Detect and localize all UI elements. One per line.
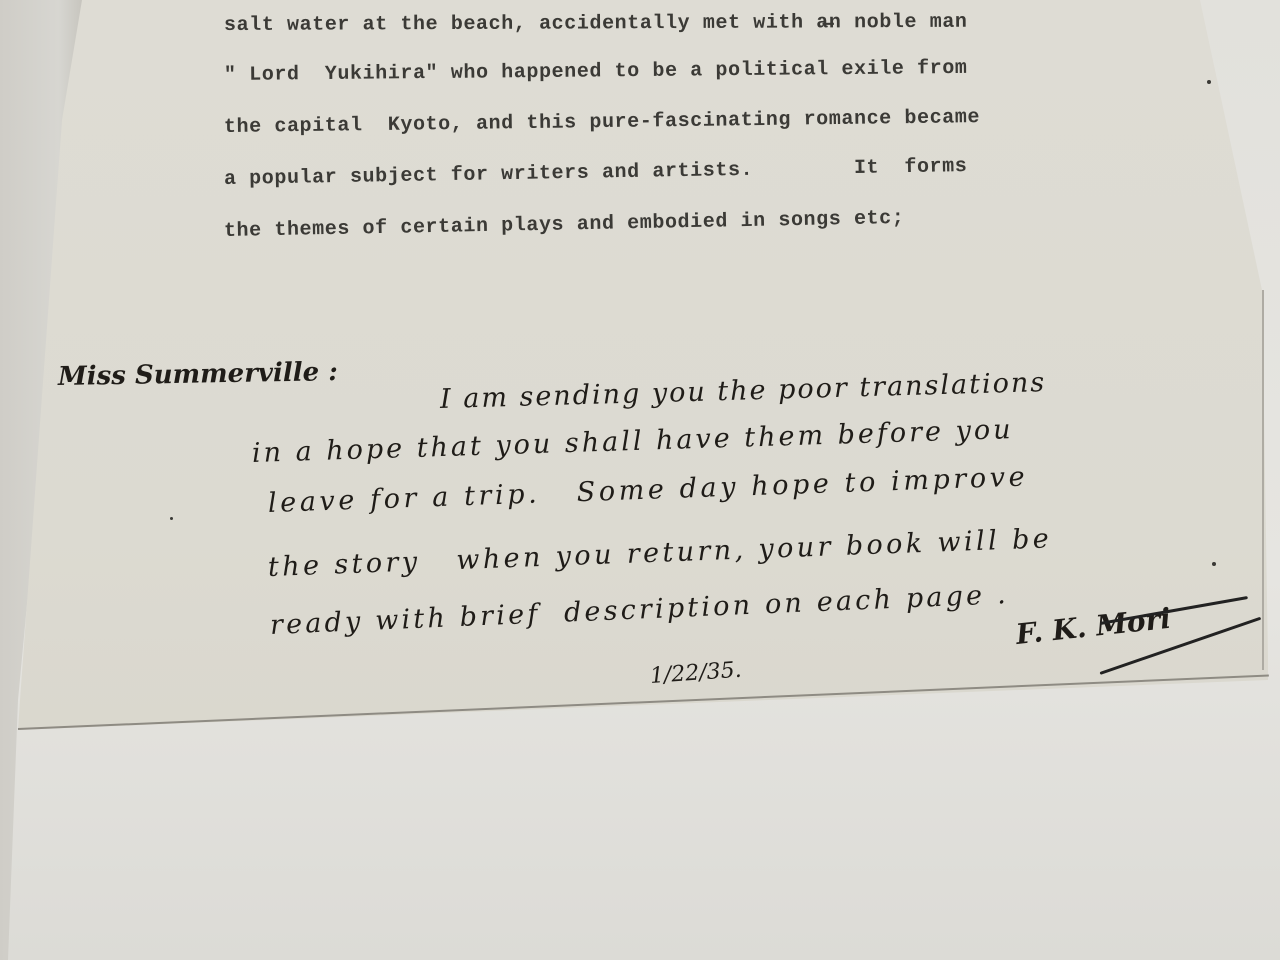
paper-speck [1207,80,1211,84]
paper-speck [170,517,173,520]
sheet-right-fold [1262,290,1264,670]
salutation: Miss Summerville : [58,357,338,392]
typed-line: salt water at the beach, accidentally me… [224,11,968,37]
paper-speck [1212,562,1216,566]
